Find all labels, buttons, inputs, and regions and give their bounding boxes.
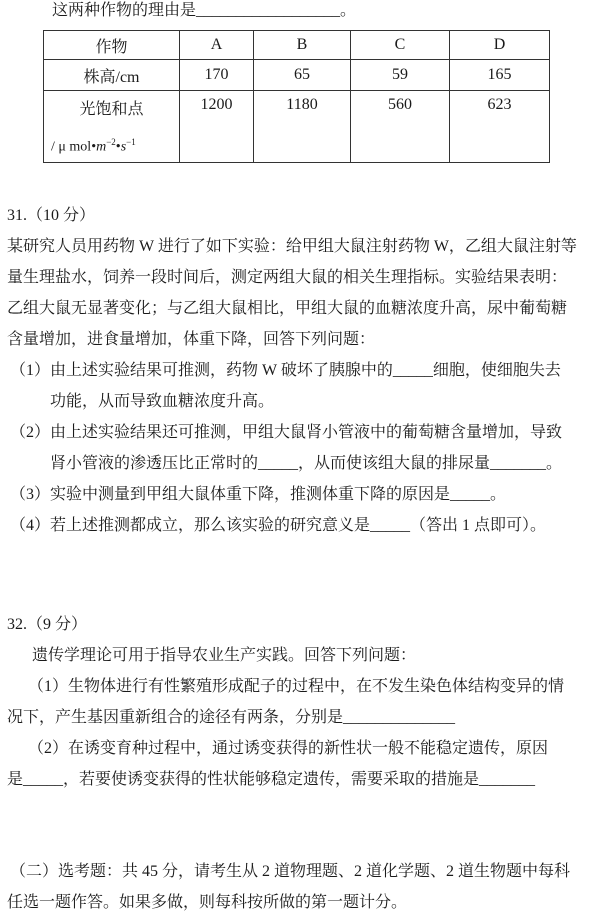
table-row-plant-height: 株高/cm 170 65 59 165 [44,60,550,91]
unit-second-exponent: −1 [126,137,136,147]
plant-height-label: 株高/cm [44,60,180,91]
selective-note-line: 任选一题作答。如果多做，则每科按所做的第一题计分。 [7,887,593,912]
question-31-item-1-cont: 功能，从而导致血糖浓度升高。 [7,386,593,417]
selective-note-line: （二）选考题：共 45 分，请考生从 2 道物理题、2 道化学题、2 道生物题中… [7,856,593,887]
item-text: 实验中测量到甲组大鼠体重下降，推测体重下降的原因是_____。 [50,486,506,503]
intro-blank-line: 这两种作物的理由是__________________。 [52,1,356,21]
question-32: 32.（9 分） 遗传学理论可用于指导农业生产实践。回答下列问题： （1）生物体… [7,609,593,795]
question-31-body-line: 含量增加，进食量增加，体重下降，回答下列问题： [7,324,593,355]
question-31-header: 31.（10 分） [7,200,593,231]
question-31-body-line: 量生理盐水，饲养一段时间后，测定两组大鼠的相关生理指标。实验结果表明： [7,262,593,293]
table-header-crop: 作物 [44,31,180,60]
plant-height-a: 170 [180,60,254,91]
light-saturation-b: 1180 [254,91,351,163]
light-saturation-label-cell: 光饱和点 / μ mol•m−2•s−1 [44,91,180,163]
selective-section-note: （二）选考题：共 45 分，请考生从 2 道物理题、2 道化学题、2 道生物题中… [7,856,593,912]
document-page: 这两种作物的理由是__________________。 作物 A B C D … [0,0,600,912]
question-31-item-2-cont: 肾小管液的渗透压比正常时的_____，从而使该组大鼠的排尿量_______。 [7,448,593,479]
question-32-item-1: （1）生物体进行有性繁殖形成配子的过程中，在不发生染色体结构变异的情 [7,671,593,702]
plant-height-b: 65 [254,60,351,91]
table-header-a: A [180,31,254,60]
light-saturation-label: 光饱和点 [44,96,179,119]
question-31-body-line: 某研究人员用药物 W 进行了如下实验：给甲组大鼠注射药物 W，乙组大鼠注射等 [7,231,593,262]
question-31-item-3: （3）实验中测量到甲组大鼠体重下降，推测体重下降的原因是_____。 [7,479,593,510]
light-saturation-unit: / μ mol•m−2•s−1 [44,137,179,156]
crop-table: 作物 A B C D 株高/cm 170 65 59 165 光饱和点 / μ … [43,30,550,163]
light-saturation-a: 1200 [180,91,254,163]
question-31: 31.（10 分） 某研究人员用药物 W 进行了如下实验：给甲组大鼠注射药物 W… [7,200,593,541]
item-number: （1） [10,355,50,386]
table-header-c: C [351,31,450,60]
item-text: 由上述实验结果可推测，药物 W 破坏了胰腺中的_____细胞，使细胞失去 [50,362,561,379]
plant-height-d: 165 [450,60,550,91]
question-32-item-2-cont: 是_____，若要使诱变获得的性状能够稳定遗传，需要采取的措施是_______ [7,764,593,795]
light-saturation-d: 623 [450,91,550,163]
plant-height-c: 59 [351,60,450,91]
item-number: （2） [10,417,50,448]
unit-prefix: / μ mol [51,140,91,155]
item-text: 若上述推测都成立，那么该实验的研究意义是_____（答出 1 点即可）。 [50,517,546,534]
question-32-item-2: （2）在诱变育种过程中，通过诱变获得的新性状一般不能稳定遗传，原因 [7,733,593,764]
question-31-item-4: （4）若上述推测都成立，那么该实验的研究意义是_____（答出 1 点即可）。 [7,510,593,541]
question-31-body-line: 乙组大鼠无显著变化；与乙组大鼠相比，甲组大鼠的血糖浓度升高，尿中葡萄糖 [7,293,593,324]
table-header-row: 作物 A B C D [44,31,550,60]
item-number: （3） [10,479,50,510]
light-saturation-c: 560 [351,91,450,163]
unit-meter: m [96,140,106,155]
question-31-item-2: （2）由上述实验结果还可推测，甲组大鼠肾小管液中的葡萄糖含量增加，导致 [7,417,593,448]
unit-meter-exponent: −2 [106,137,116,147]
table-header-d: D [450,31,550,60]
table-row-light-saturation: 光饱和点 / μ mol•m−2•s−1 1200 1180 560 623 [44,91,550,163]
question-32-intro: 遗传学理论可用于指导农业生产实践。回答下列问题： [7,640,593,671]
item-text: 由上述实验结果还可推测，甲组大鼠肾小管液中的葡萄糖含量增加，导致 [50,424,562,441]
table-header-b: B [254,31,351,60]
question-31-item-1: （1）由上述实验结果可推测，药物 W 破坏了胰腺中的_____细胞，使细胞失去 [7,355,593,386]
item-number: （4） [10,510,50,541]
question-32-item-1-cont: 况下，产生基因重新组合的途径有两条，分别是______________ [7,702,593,733]
question-32-header: 32.（9 分） [7,609,593,640]
